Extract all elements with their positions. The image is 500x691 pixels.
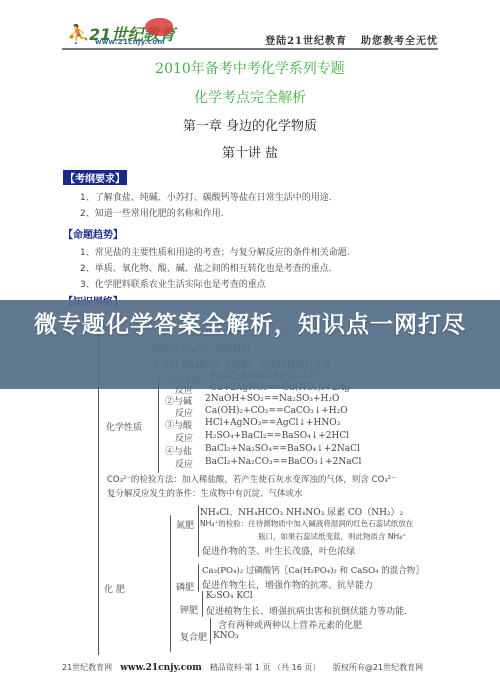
double-decomposition-text: 复分解反应发生的条件：生成物中有沉淀、气体或水 — [107, 487, 303, 499]
fertilizer-label: 化 肥 — [104, 582, 125, 595]
trend-item: 3、化学肥料联系农业生活实际也是考查的重点 — [80, 277, 266, 290]
phosphorus-label: 磷肥 — [176, 580, 194, 593]
logo-url: www.21cnjy.com — [95, 38, 165, 46]
site-logo[interactable]: ⛹ 21世纪教育 www.21cnjy.com — [67, 22, 177, 48]
nitrogen-line: 促进作物的茎、叶生长茂盛，叶色浓绿 — [202, 544, 355, 557]
page-footer: 21世纪教育网www.21cnjy.com精品资料·第 1 页 （共 16 页）… — [62, 662, 438, 673]
equation: H₂SO₄+BaCl₂==BaSO₄↓+2HCl — [205, 431, 349, 441]
equation: BaCl₂+Na₂SO₄==BaSO₄↓+2NaCl — [205, 444, 360, 454]
co3-test-text: CO₃²⁻的检验方法：加入稀盐酸，若产生使石灰水变浑浊的气体，则含 CO₃²⁻ — [107, 473, 396, 485]
page-header: ⛹ 21世纪教育 www.21cnjy.com 登陆21世纪教育助您教考全无忧 — [62, 20, 438, 50]
footer-page: 精品资料·第 1 页 （共 16 页） — [210, 663, 321, 672]
section-heading-requirements: 【考纲要求】 — [63, 170, 127, 185]
compound-brace — [210, 618, 211, 644]
nitrogen-line: NH₄Cl、NH₄HCO₃ NH₄NO₃ 尿素 CO（NH₂）₂ — [200, 505, 403, 518]
nitrogen-brace — [198, 505, 199, 557]
compound-line: KNO₃ — [213, 631, 239, 641]
phosphorus-line: Ca₃(PO₄)₂ 过磷酸钙〖Ca(H₂PO₄)₂ 和 CaSO₄ 的混合物〗 — [202, 564, 424, 576]
footer-url[interactable]: www.21cnjy.com — [120, 663, 202, 673]
logo-badge-icon — [145, 18, 173, 36]
overlay-title[interactable]: 微专题化学答案全解析，知识点一网打尽 — [0, 309, 500, 342]
slogan-2: 助您教考全无忧 — [361, 36, 438, 47]
nitrogen-line: 瓶口，如果石蕊试纸变蓝，则此物质含 NH₄⁺ — [258, 531, 406, 542]
group-label: ④与盐 — [165, 444, 192, 457]
compound-line: 含有两种或两种以上营养元素的化肥 — [218, 618, 362, 631]
requirement-item: 2、知道一些常用化肥的名称和作用. — [80, 206, 224, 219]
series-title: 2010年备考中考化学系列专题 — [0, 58, 500, 78]
trend-item: 1、常见盐的主要性质和用途的考查；与复分解反应的条件相关命题. — [80, 245, 350, 258]
potassium-line: 促进植物生长、增强抗病虫害和抗倒伏能力等功能. — [206, 604, 407, 617]
header-slogan: 登陆21世纪教育助您教考全无忧 — [251, 32, 438, 47]
footer-copyright: 版权所有@21世纪教育网 — [333, 663, 423, 672]
lecture-title: 第十讲 盐 — [0, 142, 500, 161]
phosphorus-line: 促进作物生长，增强作物的抗寒、抗旱能力 — [202, 578, 373, 591]
equation: 2NaOH+SO₂==Na₂SO₃+H₂O — [205, 394, 339, 404]
trend-item: 2、单质、氧化物、酸、碱、盐之间的相互转化也是考查的重点. — [80, 261, 332, 274]
potassium-brace — [202, 591, 203, 617]
phosphorus-brace — [198, 564, 199, 592]
nitrogen-label: 氮肥 — [176, 518, 194, 531]
section-heading-trends: 【命题趋势】 — [63, 226, 123, 241]
potassium-line: K₂SO₄ KCl — [206, 591, 253, 601]
document-page: ⛹ 21世纪教育 www.21cnjy.com 登陆21世纪教育助您教考全无忧 … — [0, 0, 500, 691]
chem-properties-brace — [158, 375, 159, 473]
slogan-1: 登陆21世纪教育 — [265, 36, 347, 47]
nitrogen-line: NH₄⁺的检验：往待测物质中加入碱液将湿润的红色石蕊试纸放在 — [200, 518, 413, 529]
compound-label: 复合肥 — [180, 630, 207, 643]
footer-site: 21世纪教育网 — [62, 663, 112, 672]
requirement-item: 1、了解食盐、纯碱、小苏打、碳酸钙等盐在日常生活中的用途. — [80, 190, 332, 203]
equation: BaCl₂+Na₂CO₃==BaCO₃↓+2NaCl — [205, 457, 361, 467]
chem-properties-label: 化学性质 — [106, 420, 142, 433]
equation: HCl+AgNO₃==AgCl↓+HNO₃ — [205, 418, 340, 428]
fertilizer-brace — [170, 515, 171, 652]
subtitle: 化学考点完全解析 — [0, 87, 500, 107]
potassium-label: 钾肥 — [180, 603, 198, 616]
chapter-title: 第一章 身边的化学物质 — [0, 115, 500, 134]
runner-icon: ⛹ — [67, 24, 89, 45]
group-label: 反应 — [175, 457, 193, 470]
group-label: 反应 — [175, 431, 193, 444]
equation: Ca(OH)₂+CO₂==CaCO₃↓+H₂O — [205, 406, 348, 416]
group-label: ③与酸 — [165, 418, 192, 431]
